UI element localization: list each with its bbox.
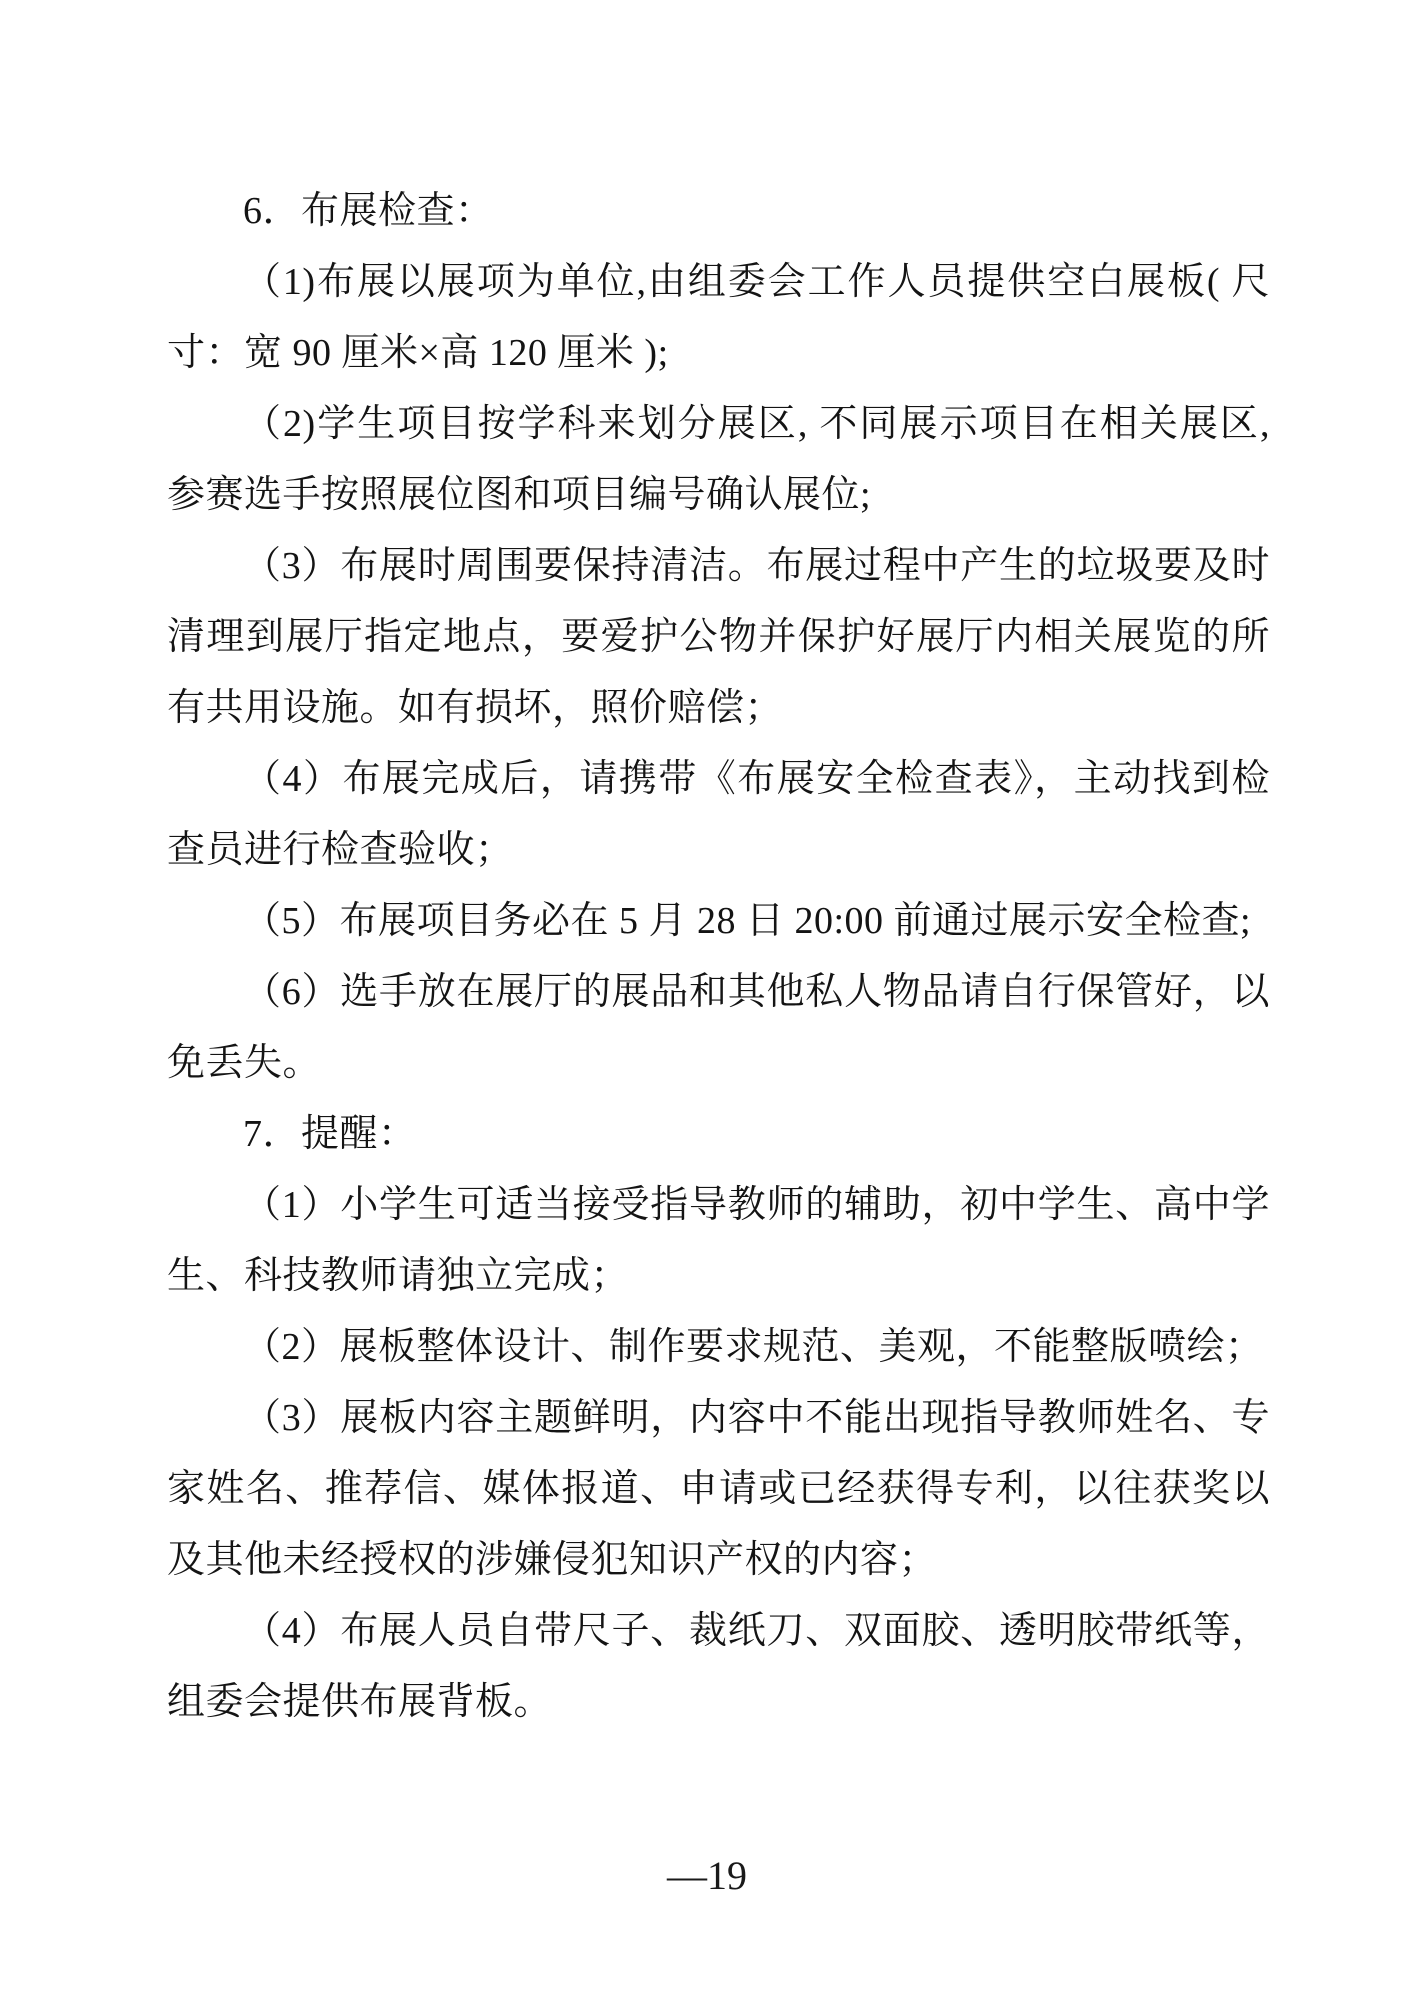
text-line: （2）展板整体设计、制作要求规范、美观，不能整版喷绘； — [167, 1312, 1270, 1383]
text-line: 组委会提供布展背板。 — [167, 1667, 1270, 1738]
text-line: （3）布展时周围要保持清洁。布展过程中产生的垃圾要及时 — [167, 531, 1270, 602]
text-line: 寸：宽 90 厘米×高 120 厘米 ); — [167, 318, 1270, 389]
text-line: 6．布展检查： — [167, 176, 1270, 247]
text-line: 生、科技教师请独立完成； — [167, 1241, 1270, 1312]
text-line: 有共用设施。如有损坏，照价赔偿； — [167, 673, 1270, 744]
text-line: 参赛选手按照展位图和项目编号确认展位; — [167, 460, 1270, 531]
text-line: 查员进行检查验收； — [167, 815, 1270, 886]
text-body: 6．布展检查：（1)布展以展项为单位,由组委会工作人员提供空白展板( 尺寸：宽 … — [167, 176, 1270, 1738]
text-line: （5）布展项目务必在 5 月 28 日 20:00 前通过展示安全检查; — [167, 886, 1270, 957]
text-line: 7．提醒： — [167, 1099, 1270, 1170]
text-line: 免丢失。 — [167, 1028, 1270, 1099]
text-line: （4）布展人员自带尺子、裁纸刀、双面胶、透明胶带纸等， — [167, 1596, 1270, 1667]
text-line: （4）布展完成后，请携带《布展安全检查表》，主动找到检 — [167, 744, 1270, 815]
text-line: 及其他未经授权的涉嫌侵犯知识产权的内容； — [167, 1525, 1270, 1596]
document-page: 6．布展检查：（1)布展以展项为单位,由组委会工作人员提供空白展板( 尺寸：宽 … — [0, 0, 1414, 2000]
text-line: （2)学生项目按学科来划分展区, 不同展示项目在相关展区, — [167, 389, 1270, 460]
text-line: （6）选手放在展厅的展品和其他私人物品请自行保管好，以 — [167, 957, 1270, 1028]
page-number: —19 — [0, 1848, 1414, 1904]
text-line: （1）小学生可适当接受指导教师的辅助，初中学生、高中学 — [167, 1170, 1270, 1241]
text-line: 家姓名、推荐信、媒体报道、申请或已经获得专利，以往获奖以 — [167, 1454, 1270, 1525]
text-line: （1)布展以展项为单位,由组委会工作人员提供空白展板( 尺 — [167, 247, 1270, 318]
text-line: 清理到展厅指定地点，要爱护公物并保护好展厅内相关展览的所 — [167, 602, 1270, 673]
text-line: （3）展板内容主题鲜明，内容中不能出现指导教师姓名、专 — [167, 1383, 1270, 1454]
